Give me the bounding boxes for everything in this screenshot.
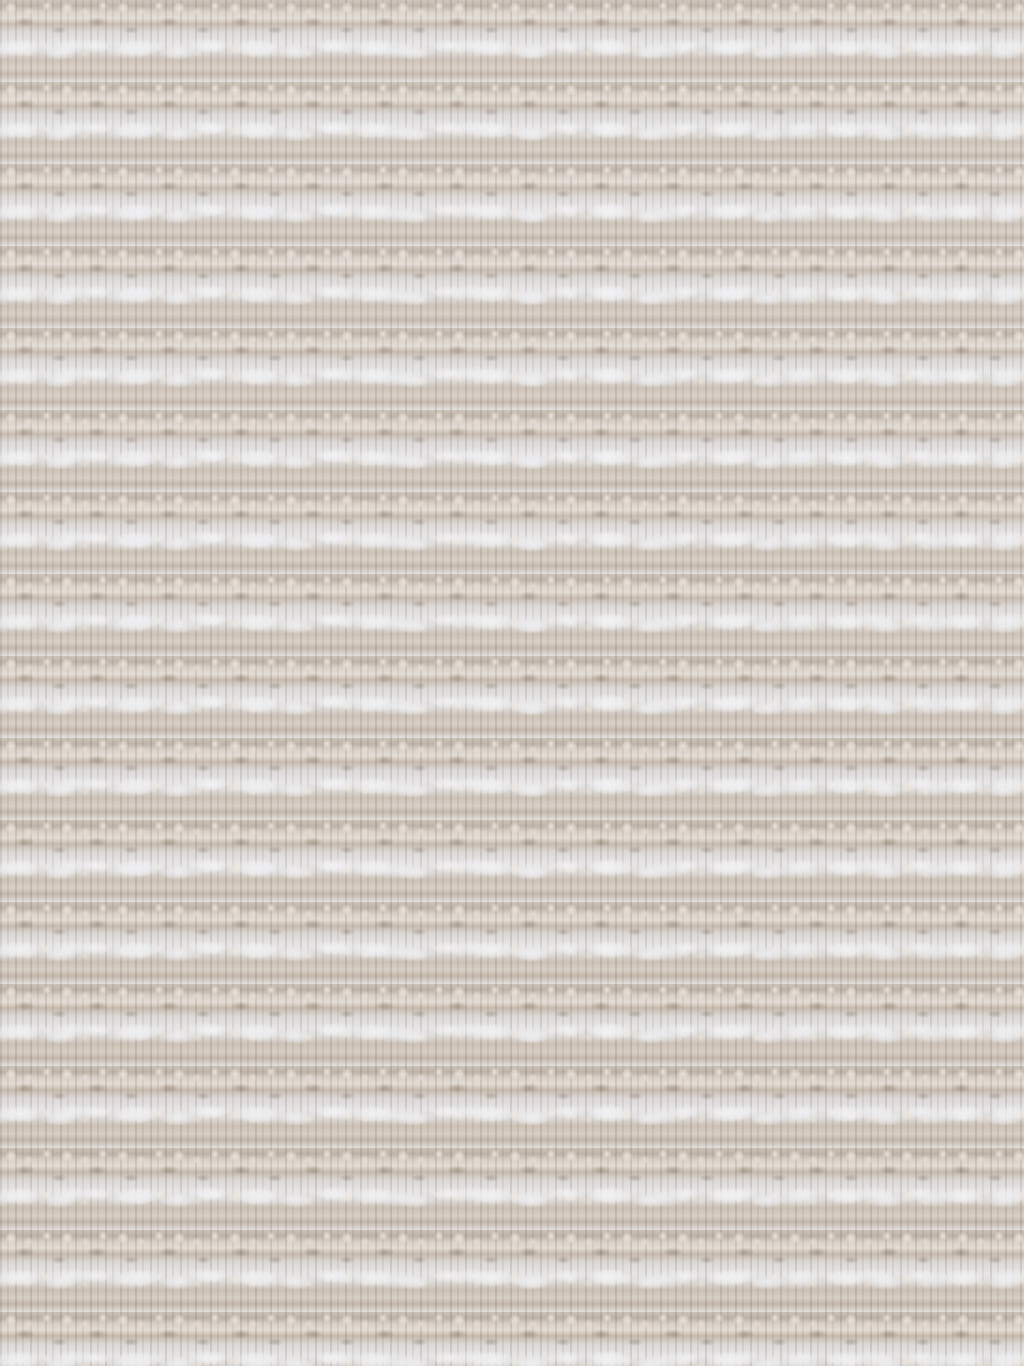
taupe-shadow-specks: [0, 0, 1024, 1366]
warp-threads: [0, 0, 1024, 1366]
cream-nub-loops: [0, 0, 1024, 1366]
fabric-texture-photo: [0, 0, 1024, 1366]
white-boucle-rows: [0, 0, 1024, 1366]
soft-haze-overlay: [0, 0, 1024, 1366]
white-boucle-rows-offset: [0, 0, 1024, 1366]
weft-threads: [0, 0, 1024, 1366]
